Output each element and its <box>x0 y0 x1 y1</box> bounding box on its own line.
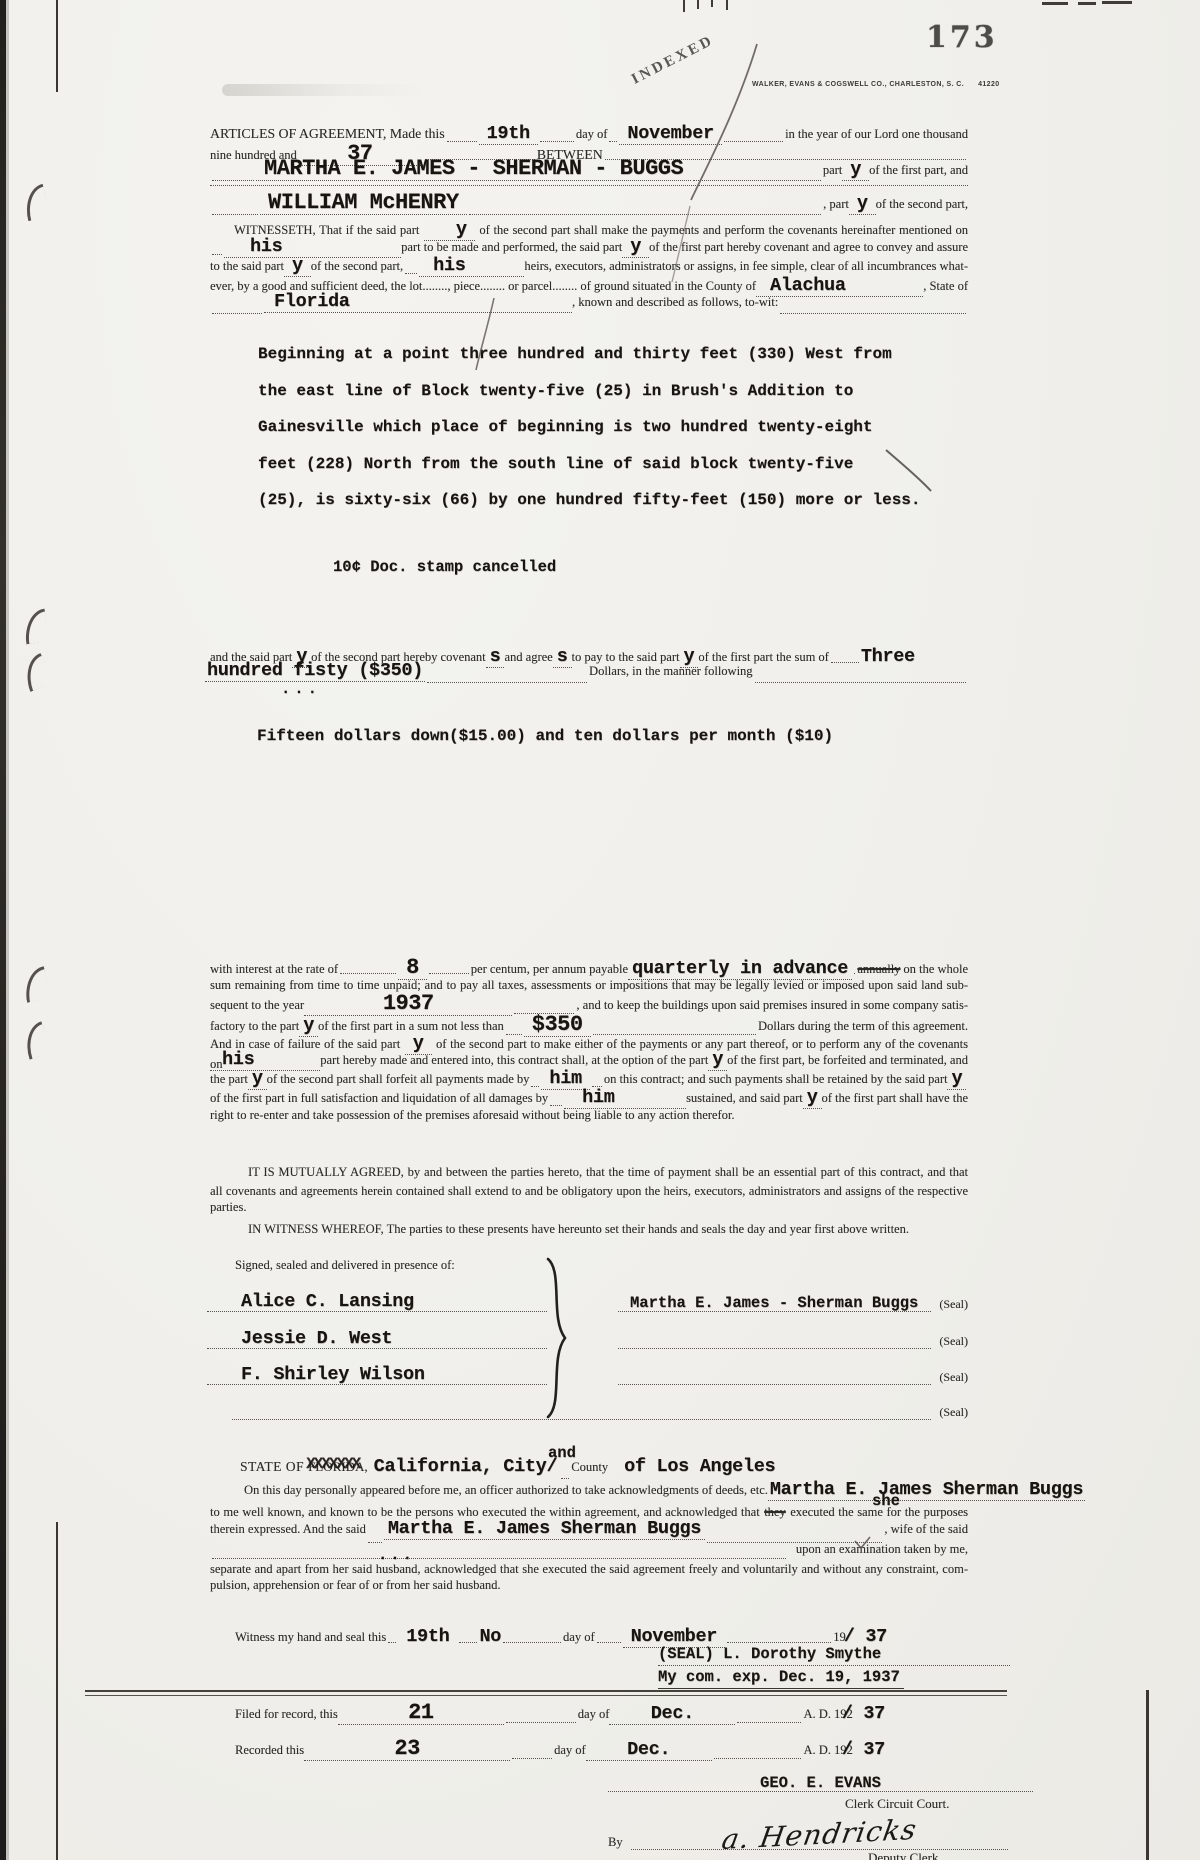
typed-second-party-name: WILLIAM McHENRY <box>260 192 467 215</box>
interest-line-1: with interest at the rate of 8 per centu… <box>210 957 968 977</box>
scan-tick <box>726 0 728 10</box>
typed-day: 19th <box>398 1628 457 1647</box>
printed-text: per centum, per annum payable <box>471 962 628 977</box>
section-rule <box>85 1690 1007 1692</box>
witness-signature: Jessie D. West <box>207 1330 547 1350</box>
printed-text: to me well known, and known to be the pe… <box>210 1505 760 1519</box>
typed-filed-year: / 37 <box>842 1703 885 1724</box>
typed-y: y <box>842 161 869 181</box>
description-line: Beginning at a point three hundred and t… <box>258 336 921 373</box>
binder-hook-mark <box>21 966 49 1002</box>
typed-county-name: of Los Angeles <box>624 1456 775 1477</box>
witnesseth-line-3: to the said part y of the second part, h… <box>210 257 968 277</box>
left-binding-shadow <box>6 0 9 1860</box>
filed-line: Filed for record, this 21 day of Dec. A.… <box>235 1702 885 1726</box>
description-line: Gainesville which place of beginning is … <box>258 409 921 446</box>
seal-label: (Seal) <box>939 1405 968 1420</box>
acknowledgment-line-5: separate and apart from her said husband… <box>210 1560 968 1578</box>
seal-label: (Seal) <box>939 1334 968 1349</box>
scanned-deed-page: 173 WALKER, EVANS & COGSWELL CO., CHARLE… <box>0 0 1200 1860</box>
typed-first-party-name: MARTHA E. JAMES - SHERMAN - BUGGS <box>256 158 691 181</box>
printed-text: day of <box>578 1707 610 1722</box>
seal-row: (Seal) <box>618 1321 968 1349</box>
scan-tick <box>1078 2 1096 5</box>
printed-by-label: By <box>608 1835 623 1850</box>
witness-signature: F. Shirley Wilson <box>207 1366 547 1386</box>
scan-line-artifact <box>56 0 58 92</box>
scan-tick <box>711 0 713 7</box>
notary-seal-line: (SEAL) L. Dorothy Smythe <box>658 1645 1010 1666</box>
typed-y: y <box>299 1017 318 1037</box>
printed-text: part to be made and performed, the said … <box>401 240 622 255</box>
binder-hook-mark <box>22 609 49 645</box>
printed-text: of the first part in full satisfaction a… <box>210 1091 548 1106</box>
printed-text: of the second part, <box>876 197 968 212</box>
section-rule <box>85 1695 1007 1696</box>
doc-stamp-note: 10¢ Doc. stamp cancelled <box>333 558 556 576</box>
typed-him: him <box>564 1089 686 1109</box>
printed-text: On this day personally appeared before m… <box>210 1483 768 1498</box>
typed-y: y <box>248 1070 267 1090</box>
property-description: Beginning at a point three hundred and t… <box>258 336 921 519</box>
description-line: feet (228) North from the south line of … <box>258 446 921 483</box>
printed-text: part hereby made and entered into, this … <box>320 1053 708 1068</box>
typed-overstrike-xs: XXXXXXX <box>306 1455 359 1473</box>
notary-commission-line: My com. exp. Dec. 19, 1937 <box>658 1668 904 1686</box>
seal-row: (Seal) <box>232 1392 968 1420</box>
printed-text: , known and described as follows, to-wit… <box>572 295 778 310</box>
witness-signature-row: F. Shirley Wilson <box>207 1357 547 1385</box>
printed-text: part <box>823 163 842 178</box>
scan-tick <box>1102 1 1132 4</box>
printed-text: day of <box>563 1630 595 1645</box>
indexed-stamp: INDEXED <box>629 32 717 88</box>
printed-text: of the second part shall forfeit all pay… <box>267 1072 530 1087</box>
seal-label: (Seal) <box>939 1370 968 1385</box>
printed-text: of the first part, be forfeited and term… <box>727 1053 968 1068</box>
typed-recorded-day: 23 <box>304 1738 510 1761</box>
agreement-line-4: WILLIAM McHENRY , part y of the second p… <box>210 192 968 218</box>
witness-signature-row: Jessie D. West <box>207 1321 547 1349</box>
pencil-smudge <box>222 84 432 96</box>
printed-text: upon an examination taken by me, <box>796 1542 968 1557</box>
signed-sealed-heading: Signed, sealed and delivered in presence… <box>235 1258 455 1273</box>
typed-notary-name: (SEAL) L. Dorothy Smythe <box>658 1645 881 1663</box>
printed-text: Witness my hand and seal this <box>235 1630 386 1645</box>
scan-tick <box>1042 2 1068 5</box>
interest-line-8: of the first part in full satisfaction a… <box>210 1089 968 1109</box>
binder-hook-mark <box>20 184 50 222</box>
typed-name: Martha E. James Sherman Buggs <box>384 1520 705 1540</box>
printed-text: therein expressed. And the said <box>210 1522 366 1537</box>
typed-y: y <box>849 195 876 215</box>
typed-recorded-year: / 37 <box>842 1739 885 1760</box>
printer-mark: WALKER, EVANS & COGSWELL CO., CHARLESTON… <box>752 81 1000 88</box>
witness-signature: Alice C. Lansing <box>207 1293 547 1313</box>
witnesseth-line-5: Florida , known and described as follows… <box>210 293 968 317</box>
printed-text: day of <box>554 1743 586 1758</box>
printer-name: WALKER, EVANS & COGSWELL CO., CHARLESTON… <box>752 81 964 88</box>
clerk-name-row: GEO. E. EVANS <box>608 1768 1033 1792</box>
typed-y: y <box>622 238 649 258</box>
printed-text: on the whole <box>903 962 968 977</box>
mutually-agreed-line-2: all covenants and agreements herein cont… <box>210 1182 968 1200</box>
description-line: the east line of Block twenty-five (25) … <box>258 373 921 410</box>
typed-sum-amount: hundred fisty ($350) <box>205 662 425 682</box>
struck-state: FLORIDA, XXXXXXX <box>308 1458 368 1476</box>
typed-y: y <box>803 1089 822 1109</box>
printed-text: with interest at the rate of <box>210 962 338 977</box>
agreement-line-3: MARTHA E. JAMES - SHERMAN - BUGGS part y… <box>210 158 968 184</box>
printed-text: Dollars, in the manner following <box>589 664 753 679</box>
witness-clause-line: Witness my hand and seal this 19th No da… <box>235 1626 887 1646</box>
payment-terms: Fifteen dollars down($15.00) and ten dol… <box>257 727 833 745</box>
interest-line-2: sum remaining from time to time unpaid; … <box>210 976 968 994</box>
acknowledgment-line-1: On this day personally appeared before m… <box>210 1481 1200 1501</box>
printed-text: of the first part, and <box>869 163 968 178</box>
typed-his: his <box>210 1051 320 1071</box>
signer-signature: Martha E. James - Sherman Buggs <box>618 1296 931 1313</box>
printed-text: of the first part in a sum not less than <box>318 1019 504 1034</box>
printed-text: to the said part <box>210 259 284 274</box>
typed-year: / 37 <box>844 1626 887 1647</box>
deputy-signature-row: By a. Hendricks <box>608 1816 1008 1850</box>
mutually-agreed-line-3: parties. <box>210 1200 246 1215</box>
scan-tick <box>683 0 685 12</box>
printed-text: , wife of the said <box>884 1522 968 1537</box>
page-number: 173 <box>926 20 998 55</box>
printed-text: Dollars during the term of this agreemen… <box>758 1019 968 1034</box>
printed-text: IT IS MUTUALLY AGREED, by and between th… <box>248 1165 968 1179</box>
printed-struck-word: annually <box>857 962 900 977</box>
typed-year: 1937 <box>304 993 512 1016</box>
acknowledgment-line-4: upon an examination taken by me, <box>210 1542 968 1562</box>
signer-seal-row: Martha E. James - Sherman Buggs (Seal) <box>618 1284 968 1312</box>
typed-filed-day: 21 <box>338 1702 504 1725</box>
typed-y: y <box>708 1051 727 1071</box>
typed-recorded-month: Dec. <box>586 1741 712 1761</box>
witness-signature-row: Alice C. Lansing <box>207 1284 547 1312</box>
printed-text: of the second part shall make the paymen… <box>479 223 968 237</box>
scan-line-artifact <box>56 1522 58 1860</box>
clerk-title: Clerk Circuit Court. <box>845 1796 949 1812</box>
typed-his: his <box>224 238 401 258</box>
typed-insurance-amount: $350 <box>524 1014 591 1037</box>
typed-state-city: California, City/ <box>372 1458 560 1477</box>
scan-tick <box>697 0 699 9</box>
typed-correction-dots: ... <box>281 680 321 698</box>
typed-commission: My com. exp. Dec. 19, 1937 <box>658 1668 904 1689</box>
typed-y: y <box>947 1070 966 1090</box>
printed-text: of the first part hereby covenant and ag… <box>649 240 968 255</box>
interest-line-9: right to re-enter and take possession of… <box>210 1108 735 1123</box>
printed-text: separate and apart from her said husband… <box>210 1562 968 1576</box>
in-witness-whereof: IN WITNESS WHEREOF, The parties to these… <box>210 1222 909 1237</box>
printed-text: , part <box>823 197 849 212</box>
printed-text: sum remaining from time to time unpaid; … <box>210 978 968 992</box>
printed-text: on this contract; and such payments shal… <box>604 1072 948 1087</box>
witnesseth-line-2: his part to be made and performed, the s… <box>210 238 968 258</box>
printed-text: the part <box>210 1072 248 1087</box>
scan-line-artifact <box>1146 1690 1149 1860</box>
blank-dotted-line <box>210 183 968 186</box>
printed-text: sequent to the year <box>210 998 304 1013</box>
typed-name: Martha E. James Sherman Buggs <box>768 1481 1085 1501</box>
witnesseth-line-1: WITNESSETH, That if the said part y of t… <box>210 221 968 239</box>
printed-text: County <box>571 1460 608 1475</box>
printed-text: WITNESSETH, That if the said part <box>234 223 419 237</box>
mutually-agreed-line-1: IT IS MUTUALLY AGREED, by and between th… <box>210 1163 968 1181</box>
printed-text: STATE OF <box>240 1459 304 1475</box>
printed-text: Filed for record, this <box>235 1707 338 1722</box>
printed-text: heirs, executors, administrators or assi… <box>524 259 968 274</box>
printed-text: of the second part, <box>311 259 403 274</box>
typed-y: y <box>284 257 311 277</box>
deputy-title: Deputy Clerk <box>868 1850 938 1860</box>
interest-line-6: his part hereby made and entered into, t… <box>210 1051 968 1071</box>
typed-his: his <box>419 257 524 277</box>
typed-filed-month: Dec. <box>609 1705 735 1725</box>
acknowledgment-line-6: pulsion, apprehension or fear of or from… <box>210 1578 501 1593</box>
printed-text: of the first part shall have the <box>822 1091 968 1106</box>
printed-text: Recorded this <box>235 1743 304 1758</box>
printer-number: 41220 <box>978 81 999 88</box>
seal-label: (Seal) <box>939 1297 968 1312</box>
typed-state: Florida <box>264 293 572 313</box>
recorded-line: Recorded this 23 day of Dec. A. D. 192 /… <box>235 1738 885 1762</box>
description-line: (25), is sixty-six (66) by one hundred f… <box>258 482 921 519</box>
seal-row: (Seal) <box>618 1357 968 1385</box>
typed-no: No <box>479 1626 501 1647</box>
printed-text: day of <box>576 127 608 142</box>
printed-text: factory to the part <box>210 1019 299 1034</box>
binder-hook-mark <box>19 653 52 692</box>
printed-text: ARTICLES OF AGREEMENT, Made this <box>210 126 445 142</box>
typed-clerk-name: GEO. E. EVANS <box>608 1776 1033 1793</box>
deputy-handwritten-signature: a. Hendricks <box>720 1816 919 1854</box>
binder-hook-mark <box>19 1021 51 1059</box>
printed-text: sustained, and said part <box>686 1091 803 1106</box>
printed-text: all covenants and agreements herein cont… <box>210 1184 968 1198</box>
